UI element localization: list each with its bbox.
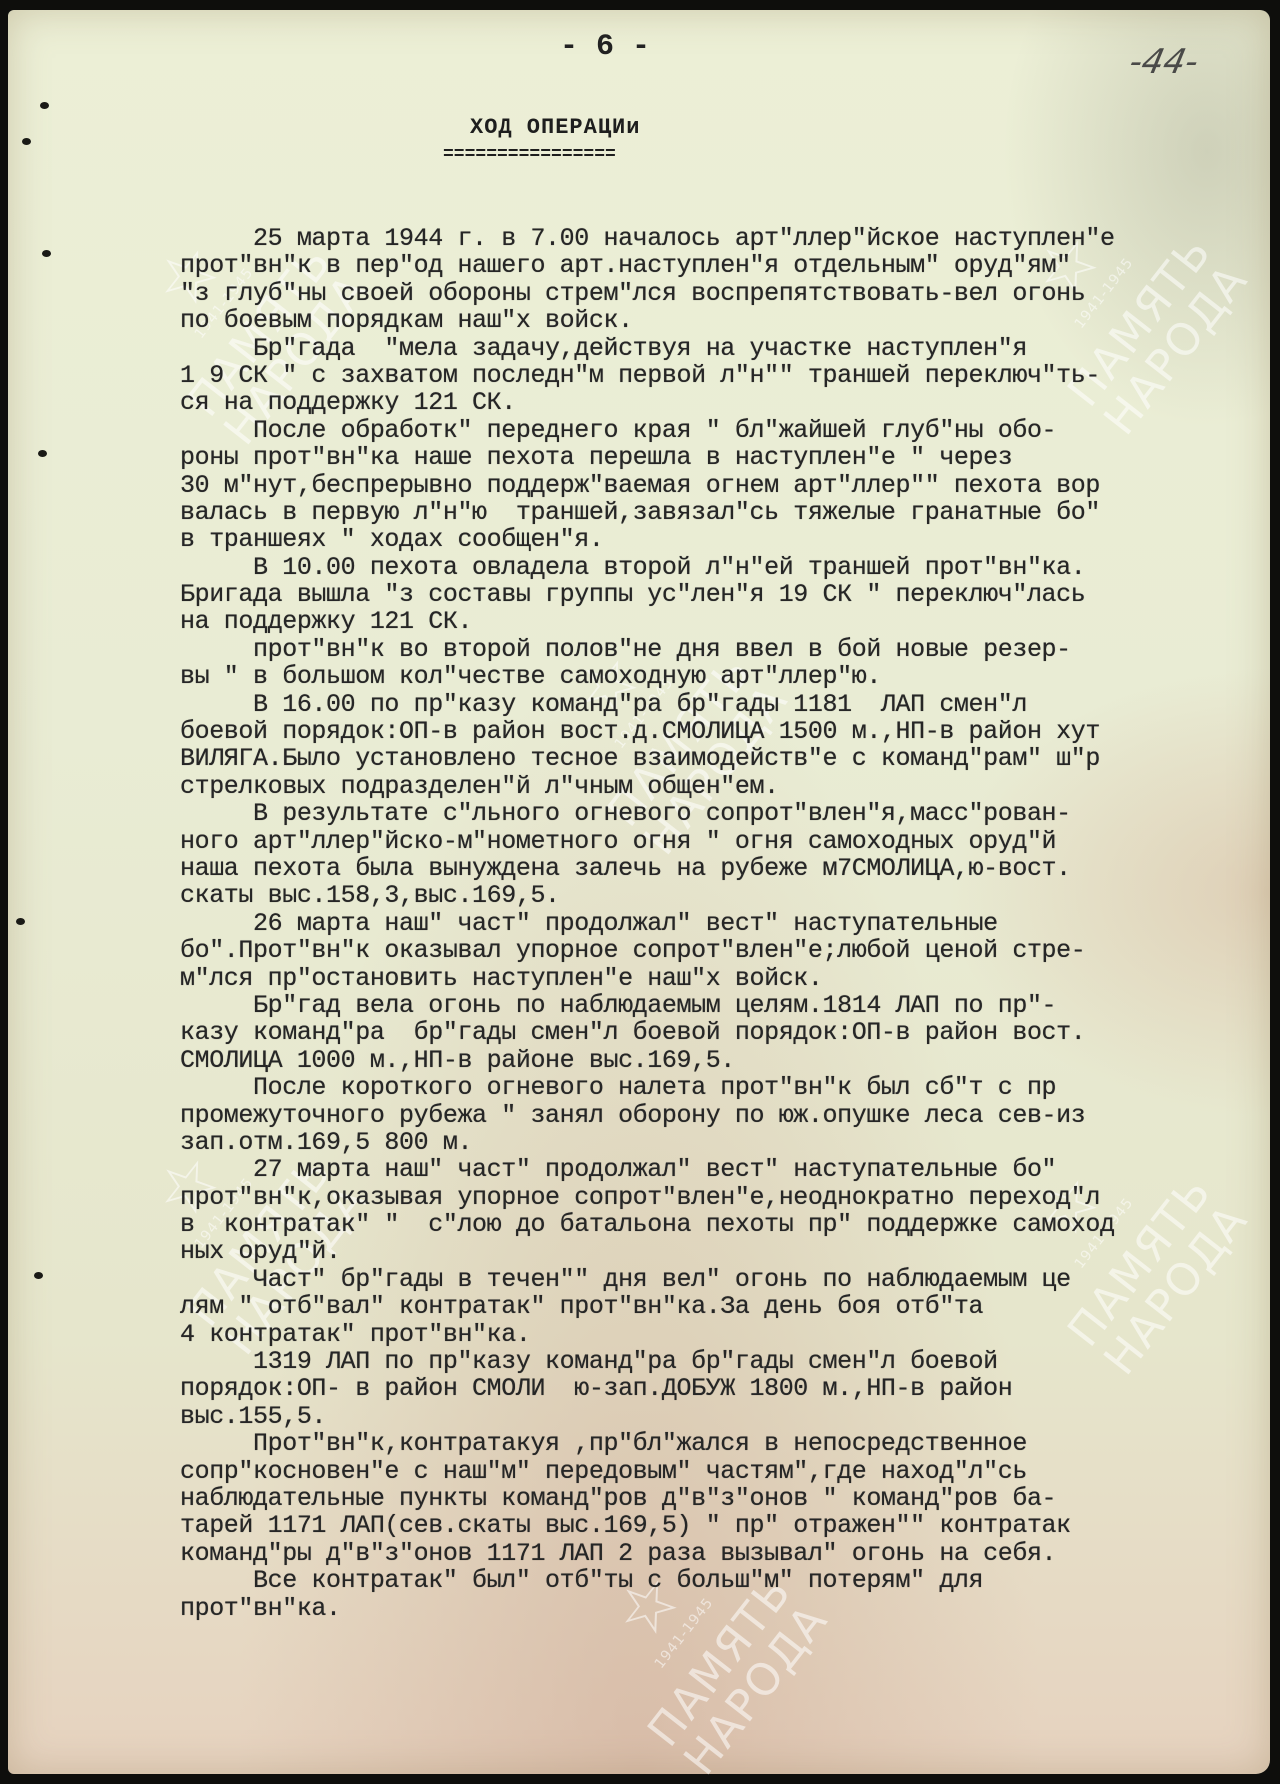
text-line: стрелковых подразделен"й л"чным общен"ем… — [180, 773, 1240, 800]
text-line: ного арт"ллер"йско-м"нометного огня " ог… — [180, 828, 1240, 855]
page-number: - 6 - — [560, 30, 650, 64]
text-line: зап.отм.169,5 800 м. — [180, 1129, 1240, 1156]
text-line: "з глуб"ны своей обороны стрем"лся воспр… — [180, 280, 1240, 307]
text-line: 4 контратак" прот"вн"ка. — [180, 1321, 1240, 1348]
text-line: В результате с"льного огневого сопрот"вл… — [180, 800, 1240, 827]
text-line: Все контратак" был" отб"ты с больш"м" по… — [180, 1567, 1240, 1594]
text-line: После короткого огневого налета прот"вн"… — [180, 1074, 1240, 1101]
text-line: 30 м"нут,беспрерывно поддерж"ваемая огне… — [180, 472, 1240, 499]
document-body: 25 марта 1944 г. в 7.00 началось арт"лле… — [180, 225, 1240, 1622]
text-line: ных оруд"й. — [180, 1238, 1240, 1265]
text-line: вы " в большом кол"честве самоходную арт… — [180, 663, 1240, 690]
text-line: лям " отб"вал" контратак" прот"вн"ка.За … — [180, 1293, 1240, 1320]
text-line: промежуточного рубежа " занял оборону по… — [180, 1102, 1240, 1129]
text-line: прот"вн"к в пер"од нашего арт.наступлен"… — [180, 252, 1240, 279]
text-line: В 16.00 по пр"казу команд"ра бр"гады 118… — [180, 691, 1240, 718]
text-line: Част" бр"гады в течен"" дня вел" огонь п… — [180, 1266, 1240, 1293]
text-line: бо".Прот"вн"к оказывал упорное сопрот"вл… — [180, 937, 1240, 964]
heading-underline: ================ — [443, 145, 616, 165]
text-line: в траншеях " ходах сообщен"я. — [180, 526, 1240, 553]
text-line: Прот"вн"к,контратакуя ,пр"бл"жался в неп… — [180, 1430, 1240, 1457]
text-line: ся на поддержку 121 СК. — [180, 389, 1240, 416]
text-line: 26 марта наш" част" продолжал" вест" нас… — [180, 910, 1240, 937]
folio-number: -44- — [1126, 42, 1202, 82]
text-line: ВИЛЯГА.Было установлено тесное взаимодей… — [180, 745, 1240, 772]
text-line: 1 9 СК " с захватом последн"м первой л"н… — [180, 362, 1240, 389]
punch-hole — [40, 102, 49, 109]
text-line: прот"вн"ка. — [180, 1595, 1240, 1622]
text-line: прот"вн"к,оказывая упорное сопрот"влен"е… — [180, 1184, 1240, 1211]
text-line: в контратак" " с"лою до батальона пехоты… — [180, 1211, 1240, 1238]
text-line: Бригада вышла "з составы группы ус"лен"я… — [180, 581, 1240, 608]
text-line: В 10.00 пехота овладела второй л"н"ей тр… — [180, 554, 1240, 581]
text-line: по боевым порядкам наш"х войск. — [180, 307, 1240, 334]
text-line: команд"ры д"в"з"онов 1171 ЛАП 2 раза выз… — [180, 1540, 1240, 1567]
text-line: наблюдательные пункты команд"ров д"в"з"о… — [180, 1485, 1240, 1512]
text-line: 25 марта 1944 г. в 7.00 началось арт"лле… — [180, 225, 1240, 252]
text-line: 27 марта наш" част" продолжал" вест" нас… — [180, 1156, 1240, 1183]
text-line: выс.155,5. — [180, 1403, 1240, 1430]
text-line: казу команд"ра бр"гады смен"л боевой пор… — [180, 1019, 1240, 1046]
text-line: сопр"косновен"е с наш"м" передовым" част… — [180, 1458, 1240, 1485]
text-line: порядок:ОП- в район СМОЛИ ю-зап.ДОБУЖ 18… — [180, 1375, 1240, 1402]
text-line: Бр"гада "мела задачу,действуя на участке… — [180, 335, 1240, 362]
text-line: м"лся пр"остановить наступлен"е наш"х во… — [180, 965, 1240, 992]
text-line: наша пехота была вынуждена залечь на руб… — [180, 855, 1240, 882]
text-line: роны прот"вн"ка наше пехота перешла в на… — [180, 444, 1240, 471]
text-line: боевой порядок:ОП-в район вост.д.СМОЛИЦА… — [180, 718, 1240, 745]
punch-hole — [42, 250, 51, 257]
punch-hole — [34, 1272, 43, 1279]
text-line: После обработк" переднего края " бл"жайш… — [180, 417, 1240, 444]
section-heading: ХОД ОПЕРАЦИи — [470, 115, 640, 140]
text-line: валась в первую л"н"ю траншей,завязал"сь… — [180, 499, 1240, 526]
text-line: тарей 1171 ЛАП(сев.скаты выс.169,5) " пр… — [180, 1512, 1240, 1539]
punch-hole — [16, 918, 25, 925]
text-line: на поддержку 121 СК. — [180, 608, 1240, 635]
text-line: прот"вн"к во второй полов"не дня ввел в … — [180, 636, 1240, 663]
text-line: СМОЛИЦА 1000 м.,НП-в районе выс.169,5. — [180, 1047, 1240, 1074]
punch-hole — [38, 450, 47, 457]
text-line: Бр"гад вела огонь по наблюдаемым целям.1… — [180, 992, 1240, 1019]
text-line: скаты выс.158,3,выс.169,5. — [180, 882, 1240, 909]
text-line: 1319 ЛАП по пр"казу команд"ра бр"гады см… — [180, 1348, 1240, 1375]
punch-hole — [22, 138, 31, 145]
